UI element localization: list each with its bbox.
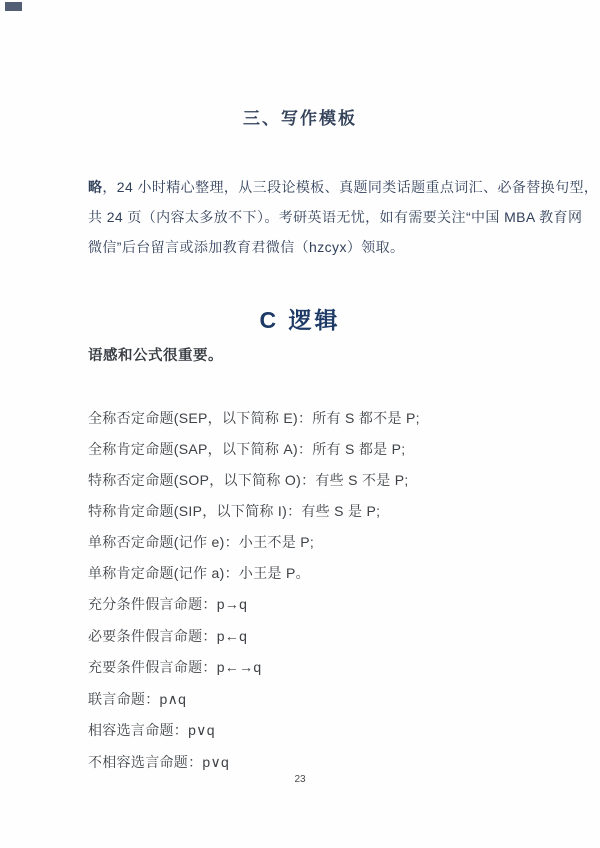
paragraph-line-1: 略，24 小时精心整理，从三段论模板、真题同类话题重点词汇、必备替换句型， xyxy=(88,172,528,202)
logic-item-particular-affirmative: 特称肯定命题(SIP，以下简称 I)：有些 S 是 P; xyxy=(88,496,548,527)
intro-paragraph: 略，24 小时精心整理，从三段论模板、真题同类话题重点词汇、必备替换句型， 共 … xyxy=(88,172,528,262)
corner-artifact xyxy=(5,2,22,11)
paragraph-lead-bold: 略 xyxy=(88,179,102,195)
logic-item-conjunction: 联言命题：p∧q xyxy=(88,684,548,716)
paragraph-line-1-text: ，24 小时精心整理，从三段论模板、真题同类话题重点词汇、必备替换句型， xyxy=(102,179,598,195)
logic-proposition-list: 全称否定命题(SEP，以下简称 E)：所有 S 都不是 P; 全称肯定命题(SA… xyxy=(88,403,548,778)
section-title: 三、写作模板 xyxy=(0,104,600,129)
logic-intro-sentence: 语感和公式很重要。 xyxy=(88,344,223,365)
logic-item-particular-negative: 特称否定命题(SOP，以下简称 O)：有些 S 不是 P; xyxy=(88,465,548,496)
logic-item-sufficient-conditional: 充分条件假言命题：p→q xyxy=(88,589,548,621)
logic-item-universal-negative: 全称否定命题(SEP，以下简称 E)：所有 S 都不是 P; xyxy=(88,403,548,434)
logic-item-singular-affirmative: 单称肯定命题(记作 a)：小王是 P。 xyxy=(88,558,548,589)
logic-item-universal-affirmative: 全称肯定命题(SAP，以下简称 A)：所有 S 都是 P; xyxy=(88,434,548,465)
document-page: 三、写作模板 略，24 小时精心整理，从三段论模板、真题同类话题重点词汇、必备替… xyxy=(0,0,600,848)
paragraph-line-3: 微信”后台留言或添加教育君微信（hzcyx）领取。 xyxy=(88,232,528,262)
logic-item-biconditional: 充要条件假言命题：p←→q xyxy=(88,652,548,684)
paragraph-line-2: 共 24 页（内容太多放不下）。考研英语无忧，如有需要关注“中国 MBA 教育网 xyxy=(88,202,528,232)
page-number: 23 xyxy=(0,774,600,785)
logic-section-heading: C 逻辑 xyxy=(0,302,600,335)
logic-item-singular-negative: 单称否定命题(记作 e)：小王不是 P; xyxy=(88,527,548,558)
logic-item-inclusive-disjunction: 相容选言命题：p∨q xyxy=(88,715,548,747)
logic-item-necessary-conditional: 必要条件假言命题：p←q xyxy=(88,621,548,653)
